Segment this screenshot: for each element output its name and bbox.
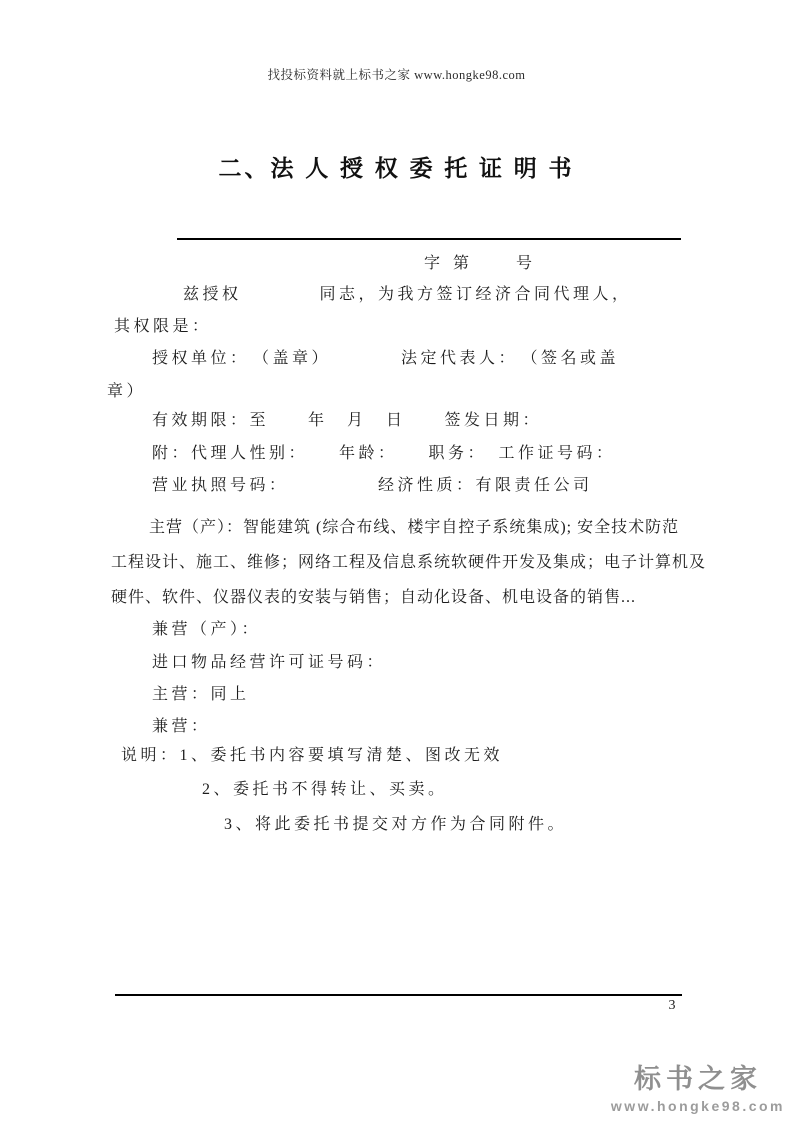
serial-hao-label: 号 — [516, 255, 532, 272]
title-underline — [177, 238, 681, 240]
watermark-brand-logo: 标书之家 — [611, 1057, 785, 1096]
line-side-business: 兼营（产）： — [152, 620, 261, 640]
line-main-business-3: 硬件、软件、仪器仪表的安装与销售；自动化设备、机电设备的销售... — [111, 588, 636, 608]
line-side-blank: 兼营： — [152, 717, 211, 737]
line-agent-details: 附：代理人性别： 年龄： 职务： 工作证号码： — [152, 444, 616, 464]
page-number: 3 — [660, 998, 684, 1014]
page-title: 二、法 人 授 权 委 托 证 明 书 — [0, 150, 793, 183]
footer-rule — [115, 994, 682, 996]
document-page: 找投标资料就上标书之家 www.hongke98.com 二、法 人 授 权 委… — [0, 0, 793, 1122]
watermark: 标书之家 www.hongke98.com — [611, 1057, 785, 1114]
line-note-1: 说明：1、委托书内容要填写清楚、图改无效 — [121, 746, 503, 766]
line-authorizing-unit: 授权单位： （盖章） 法定代表人： （签名或盖 — [152, 349, 619, 369]
serial-number-line: 字第号 — [424, 250, 532, 273]
line-business-license: 营业执照号码： 经济性质：有限责任公司 — [152, 476, 593, 496]
serial-zi-label: 字 — [424, 255, 440, 272]
line-authorizing-unit-wrap: 章） — [107, 382, 146, 402]
line-scope-of-authority: 其权限是： — [114, 317, 212, 337]
line-main-business-1: 主营（产）：智能建筑 (综合布线、楼宇自控子系统集成); 安全技术防范 — [149, 518, 679, 538]
line-note-3: 3、将此委托书提交对方作为合同附件。 — [224, 815, 567, 835]
serial-di-label: 第 — [453, 255, 469, 272]
line-note-2: 2、委托书不得转让、买卖。 — [202, 780, 448, 800]
line-main-business-2: 工程设计、施工、维修；网络工程及信息系统软硬件开发及集成；电子计算机及 — [111, 553, 706, 573]
header-note: 找投标资料就上标书之家 www.hongke98.com — [0, 65, 793, 83]
line-validity-period: 有效期限：至 年 月 日 签发日期： — [152, 411, 542, 431]
line-authorize: 兹授权 同志，为我方签订经济合同代理人， — [183, 285, 632, 305]
watermark-url: www.hongke98.com — [611, 1098, 785, 1114]
line-main-same-as-above: 主营：同上 — [152, 685, 250, 705]
line-import-license: 进口物品经营许可证号码： — [152, 653, 386, 673]
